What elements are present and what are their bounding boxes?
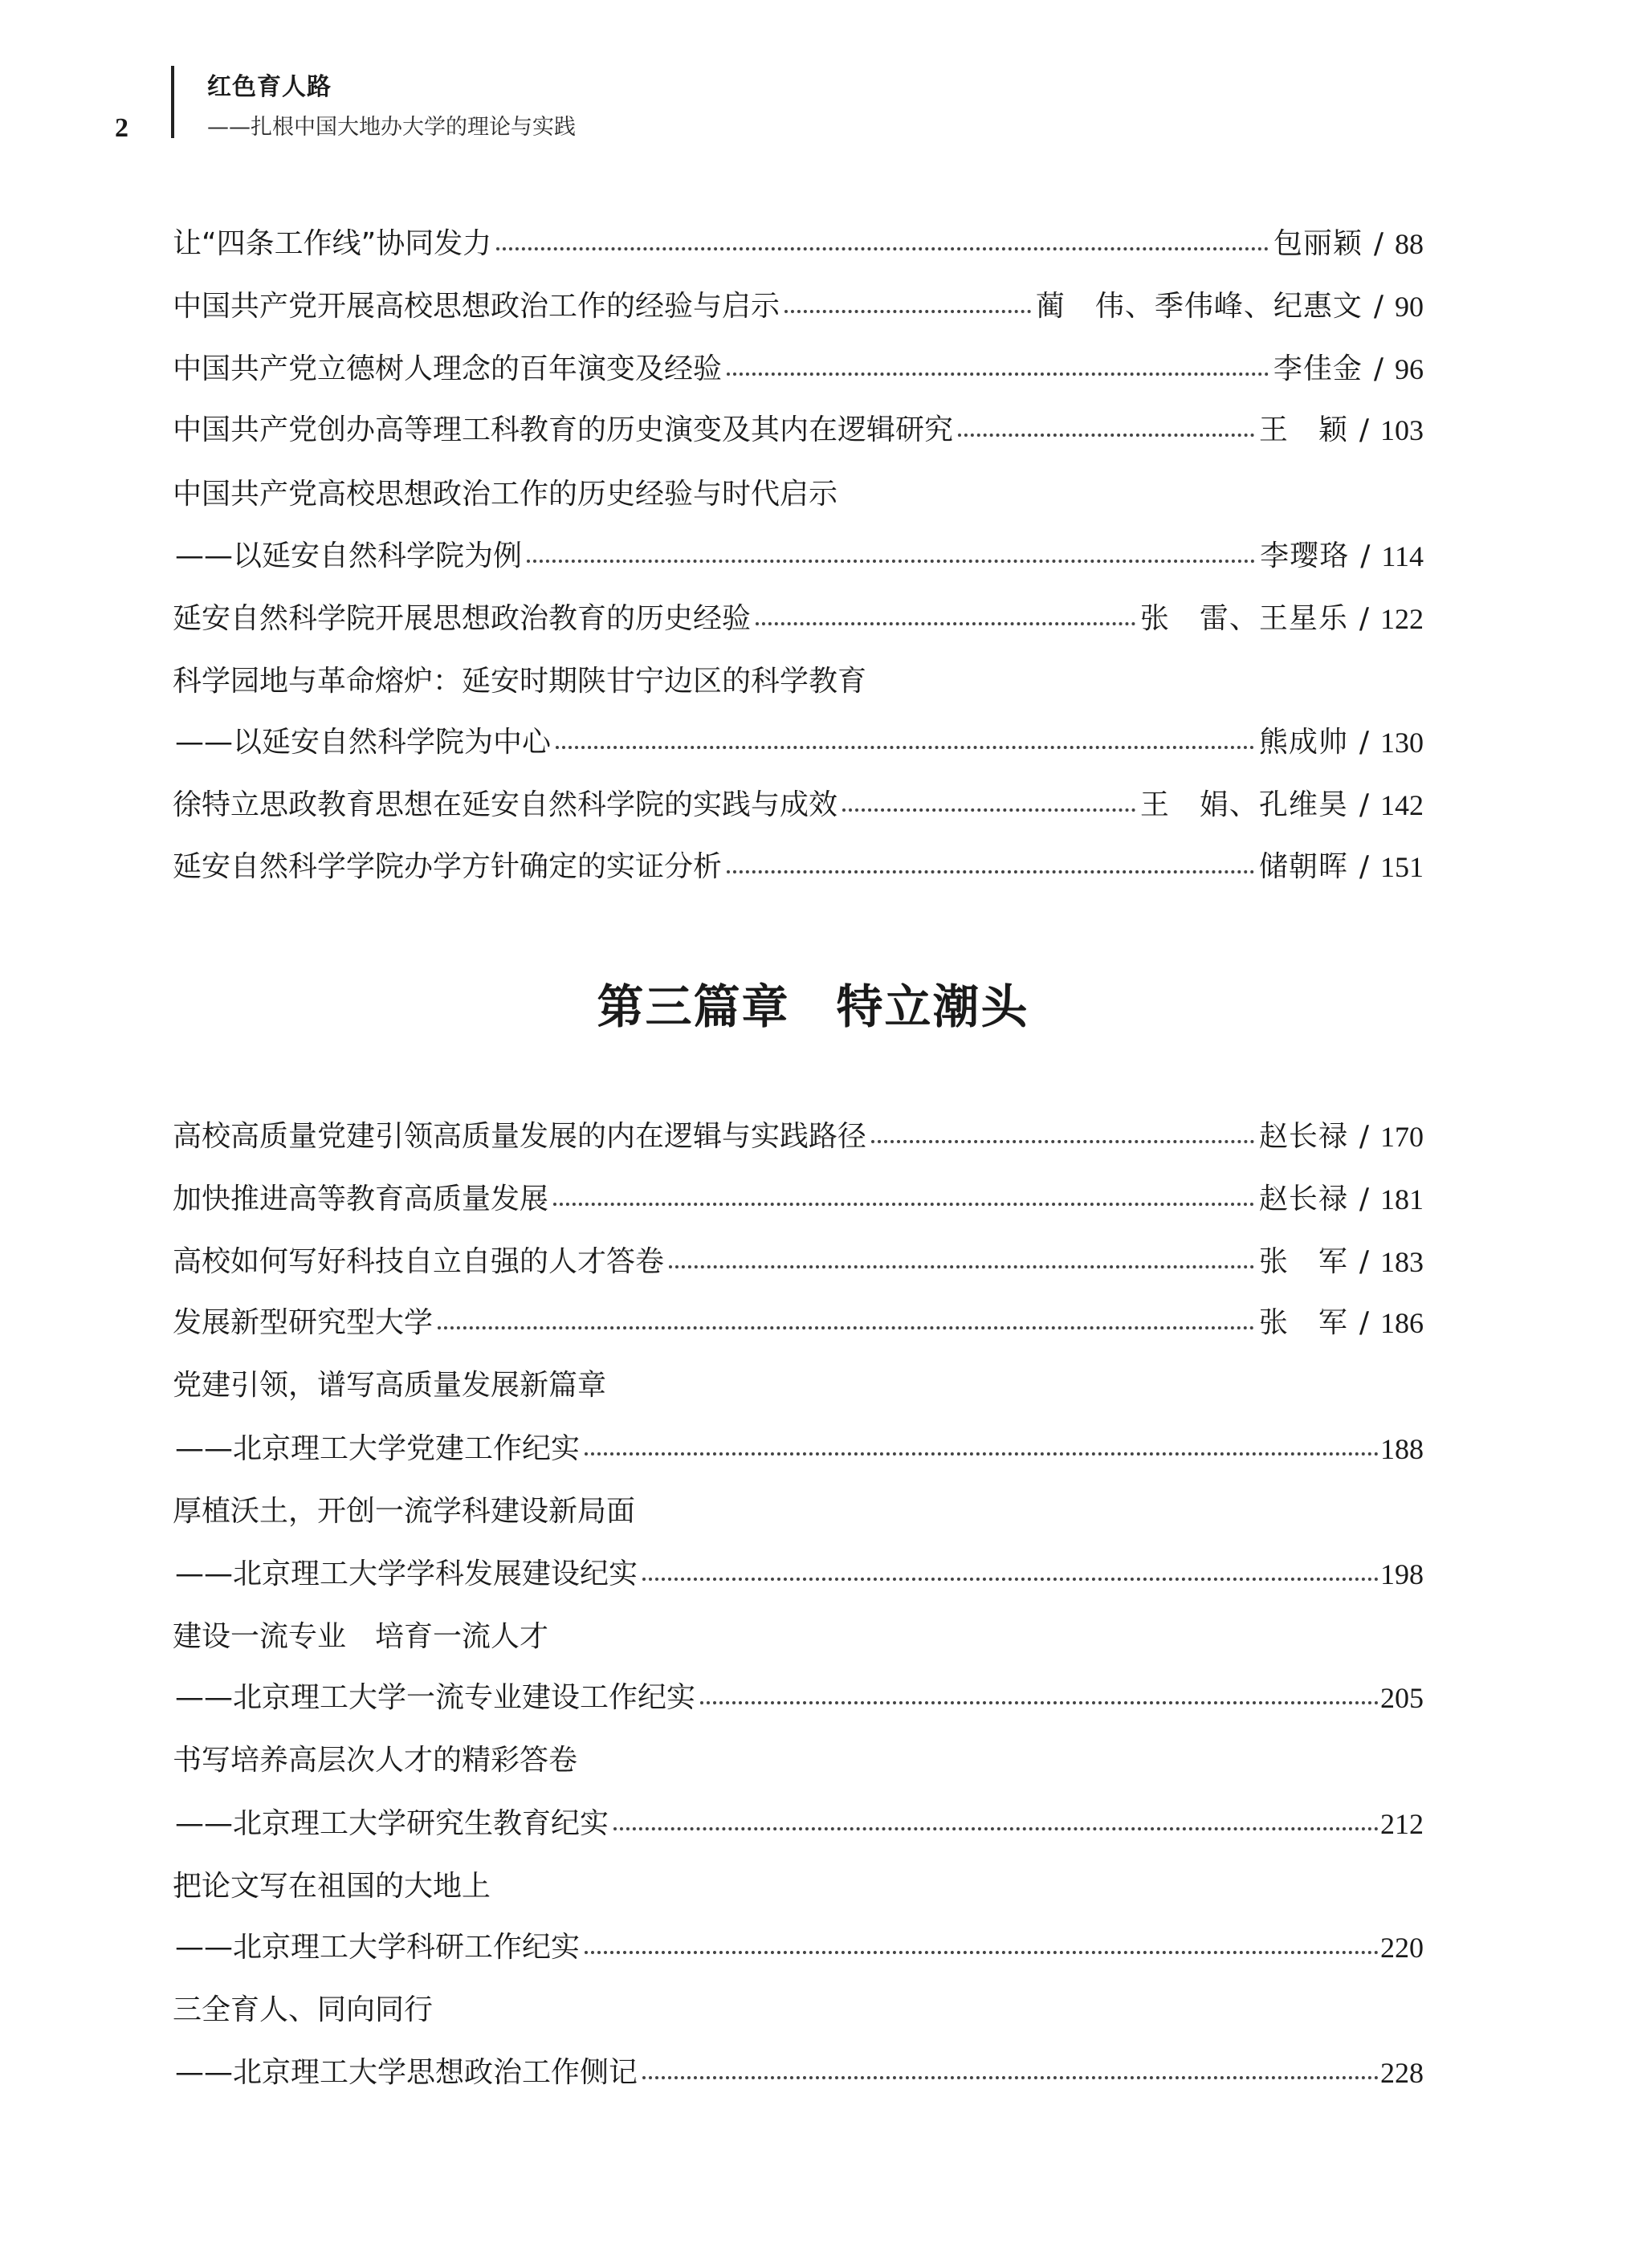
toc-entry-separator: / [1359,601,1369,637]
toc-entry-author: 张 军 [1259,1305,1348,1342]
toc-entry-page: 183 [1380,1244,1424,1281]
toc-entry[interactable]: ——以延安自然科学院为中心 熊成帅 / 130 [175,724,1424,761]
toc-entry[interactable]: 徐特立思政教育思想在延安自然科学院的实践与成效 王 娟、孔维昊 / 142 [173,787,1424,824]
toc-entry[interactable]: 书写培养高层次人才的精彩答卷 / [173,1742,1424,1779]
toc-entry-page: 88 [1395,226,1424,263]
toc-entry-page: 220 [1380,1929,1424,1966]
dot-leader [756,622,1135,625]
toc-entry-author: 赵长禄 [1259,1118,1348,1155]
toc-entry-title: 让“四条工作线”协同发力 [173,226,491,263]
toc-entry-title: 党建引领，谱写高质量发展新篇章 [173,1367,606,1404]
toc-entry[interactable]: 中国共产党开展高校思想政治工作的经验与启示 蔺 伟、季伟峰、纪惠文 / 90 [173,288,1424,325]
dot-leader [727,373,1269,376]
toc-entry-title: 建设一流专业 培育一流人才 [173,1619,548,1655]
dot-leader [842,808,1135,812]
dot-leader [553,1203,1254,1206]
toc-entry-separator: / [1359,412,1369,449]
page-number: 2 [115,112,128,145]
toc-entry-title: 高校高质量党建引领高质量发展的内在逻辑与实践路径 [173,1118,866,1155]
dot-leader [784,310,1031,313]
toc-entry-title: 高校如何写好科技自立自强的人才答卷 [173,1244,664,1281]
toc-entry[interactable]: 发展新型研究型大学 张 军 / 186 [173,1305,1424,1342]
toc-entry-title: ——以延安自然科学院为中心 [175,724,551,761]
toc-entry-page: 114 [1381,538,1424,575]
toc-entry-page: 122 [1380,601,1424,637]
toc-entry[interactable]: 建设一流专业 培育一流人才 / [173,1619,1424,1655]
toc-entry-title: ——北京理工大学科研工作纪实 [175,1929,580,1966]
toc-entry-title: 厚植沃土，开创一流学科建设新局面 [173,1493,635,1530]
toc-entry-author: 李佳金 [1273,351,1363,388]
toc-entry-author: 王 娟、孔维昊 [1140,787,1348,824]
toc-entry-title: 徐特立思政教育思想在延安自然科学院的实践与成效 [173,787,837,824]
toc-entry[interactable]: 延安自然科学学院办学方针确定的实证分析 储朝晖 / 151 [173,849,1424,886]
toc-entry[interactable]: ——北京理工大学一流专业建设工作纪实 205 [175,1680,1424,1716]
dot-leader [871,1140,1254,1143]
toc-entry[interactable]: ——北京理工大学学科发展建设纪实 198 [175,1556,1424,1593]
toc-entry-title: 加快推进高等教育高质量发展 [173,1181,548,1218]
dot-leader [585,1951,1379,1954]
toc-entry-title: ——以延安自然科学院为例 [175,538,522,575]
toc-entry-page: 181 [1380,1181,1424,1218]
toc-entry[interactable]: 中国共产党高校思想政治工作的历史经验与时代启示 / [173,476,1424,513]
toc-entry[interactable]: ——北京理工大学党建工作纪实 188 [175,1431,1424,1468]
dot-leader [700,1701,1379,1704]
toc-entry-separator: / [1374,226,1384,263]
toc-entry-separator: / [1359,849,1369,886]
toc-entry-page: 142 [1380,787,1424,824]
toc-entry[interactable]: 中国共产党创办高等理工科教育的历史演变及其内在逻辑研究 王 颖 / 103 [173,412,1424,449]
toc-entry-separator: / [1359,1118,1369,1155]
toc-entry-title: 延安自然科学学院办学方针确定的实证分析 [173,849,722,886]
toc-entry[interactable]: 三全育人、同向同行 / [173,1992,1424,2029]
toc-entry-author: 包丽颖 [1273,226,1363,263]
toc-entry-title: 中国共产党立德树人理念的百年演变及经验 [173,351,722,388]
dot-leader [527,560,1255,563]
toc-entry-page: 130 [1380,724,1424,761]
toc-entry[interactable]: 高校高质量党建引领高质量发展的内在逻辑与实践路径 赵长禄 / 170 [173,1118,1424,1155]
toc-entry-separator: / [1359,1305,1369,1342]
toc-entry-title: ——北京理工大学一流专业建设工作纪实 [175,1680,695,1716]
toc-entry-page: 205 [1380,1680,1424,1716]
toc-entry-page: 151 [1380,849,1424,886]
toc-entry[interactable]: ——以延安自然科学院为例 李璎珞 / 114 [175,538,1424,575]
toc-entry-separator: / [1374,288,1384,325]
toc-entry-title: 把论文写在祖国的大地上 [173,1868,491,1905]
toc-entry-title: 中国共产党开展高校思想政治工作的经验与启示 [173,288,780,325]
book-title: 红色育人路 [207,72,332,103]
toc-entry-separator: / [1359,787,1369,824]
dot-leader [669,1265,1254,1268]
toc-entry[interactable]: 党建引领，谱写高质量发展新篇章 / [173,1367,1424,1404]
dot-leader [556,746,1254,749]
toc-entry-title: ——北京理工大学思想政治工作侧记 [175,2054,638,2091]
toc-entry-page: 103 [1380,412,1424,449]
toc-entry-title: 三全育人、同向同行 [173,1992,433,2029]
chapter-name: 特立潮头 [837,979,1029,1034]
toc-entry[interactable]: 厚植沃土，开创一流学科建设新局面 / [173,1493,1424,1530]
toc-entry[interactable]: ——北京理工大学科研工作纪实 220 [175,1929,1424,1966]
toc-entry-author: 王 颖 [1259,412,1348,449]
toc-entry-page: 186 [1380,1305,1424,1342]
toc-entry-title: 中国共产党高校思想政治工作的历史经验与时代启示 [173,476,837,513]
toc-entry-page: 228 [1380,2054,1424,2091]
toc-entry-title: 延安自然科学院开展思想政治教育的历史经验 [173,601,751,637]
toc-entry[interactable]: 中国共产党立德树人理念的百年演变及经验 李佳金 / 96 [173,351,1424,388]
dot-leader [642,1578,1379,1581]
toc-entry-title: 科学园地与革命熔炉：延安时期陕甘宁边区的科学教育 [173,663,866,700]
dot-leader [642,2076,1379,2079]
toc-entry-page: 212 [1380,1806,1424,1842]
toc-entry-separator: / [1360,538,1370,575]
toc-entry-author: 赵长禄 [1259,1181,1348,1218]
toc-entry[interactable]: ——北京理工大学研究生教育纪实 212 [175,1806,1424,1842]
toc-entry[interactable]: ——北京理工大学思想政治工作侧记 228 [175,2054,1424,2091]
chapter-part: 第三篇章 [597,979,789,1034]
dot-leader [727,870,1254,873]
toc-entry[interactable]: 延安自然科学院开展思想政治教育的历史经验 张 雷、王星乐 / 122 [173,601,1424,637]
toc-entry-page: 198 [1380,1556,1424,1593]
dot-leader [613,1827,1379,1830]
toc-entry-page: 188 [1380,1431,1424,1468]
dot-leader [585,1452,1379,1456]
toc-entry-author: 李璎珞 [1260,538,1349,575]
toc-entry[interactable]: 科学园地与革命熔炉：延安时期陕甘宁边区的科学教育 / [173,663,1424,700]
toc-entry-page: 96 [1395,351,1424,388]
chapter-heading: 第三篇章特立潮头 [0,981,1626,1032]
dot-leader [958,434,1254,437]
toc-entry-title: 书写培养高层次人才的精彩答卷 [173,1742,577,1779]
toc-entry-page: 170 [1380,1118,1424,1155]
toc-entry[interactable]: 加快推进高等教育高质量发展 赵长禄 / 181 [173,1181,1424,1218]
toc-entry-author: 蔺 伟、季伟峰、纪惠文 [1036,288,1363,325]
toc-entry-title: 中国共产党创办高等理工科教育的历史演变及其内在逻辑研究 [173,412,953,449]
toc-entry-author: 储朝晖 [1259,849,1348,886]
toc-entry-title: ——北京理工大学研究生教育纪实 [175,1806,609,1842]
toc-entry[interactable]: 高校如何写好科技自立自强的人才答卷 张 军 / 183 [173,1244,1424,1281]
toc-entry[interactable]: 让“四条工作线”协同发力 包丽颖 / 88 [173,226,1424,263]
dot-leader [438,1326,1254,1329]
toc-entry-author: 熊成帅 [1259,724,1348,761]
header-divider [171,66,174,138]
book-subtitle: ——扎根中国大地办大学的理论与实践 [207,114,576,141]
toc-entry-separator: / [1359,1181,1369,1218]
toc-entry-title: ——北京理工大学学科发展建设纪实 [175,1556,638,1593]
toc-entry[interactable]: 把论文写在祖国的大地上 / [173,1868,1424,1905]
toc-entry-page: 90 [1395,288,1424,325]
toc-entry-separator: / [1359,1244,1369,1281]
toc-entry-separator: / [1374,351,1384,388]
toc-entry-title: ——北京理工大学党建工作纪实 [175,1431,580,1468]
dot-leader [496,247,1269,250]
toc-entry-author: 张 军 [1259,1244,1348,1281]
toc-entry-author: 张 雷、王星乐 [1140,601,1348,637]
toc-entry-separator: / [1359,724,1369,761]
toc-entry-title: 发展新型研究型大学 [173,1305,433,1342]
